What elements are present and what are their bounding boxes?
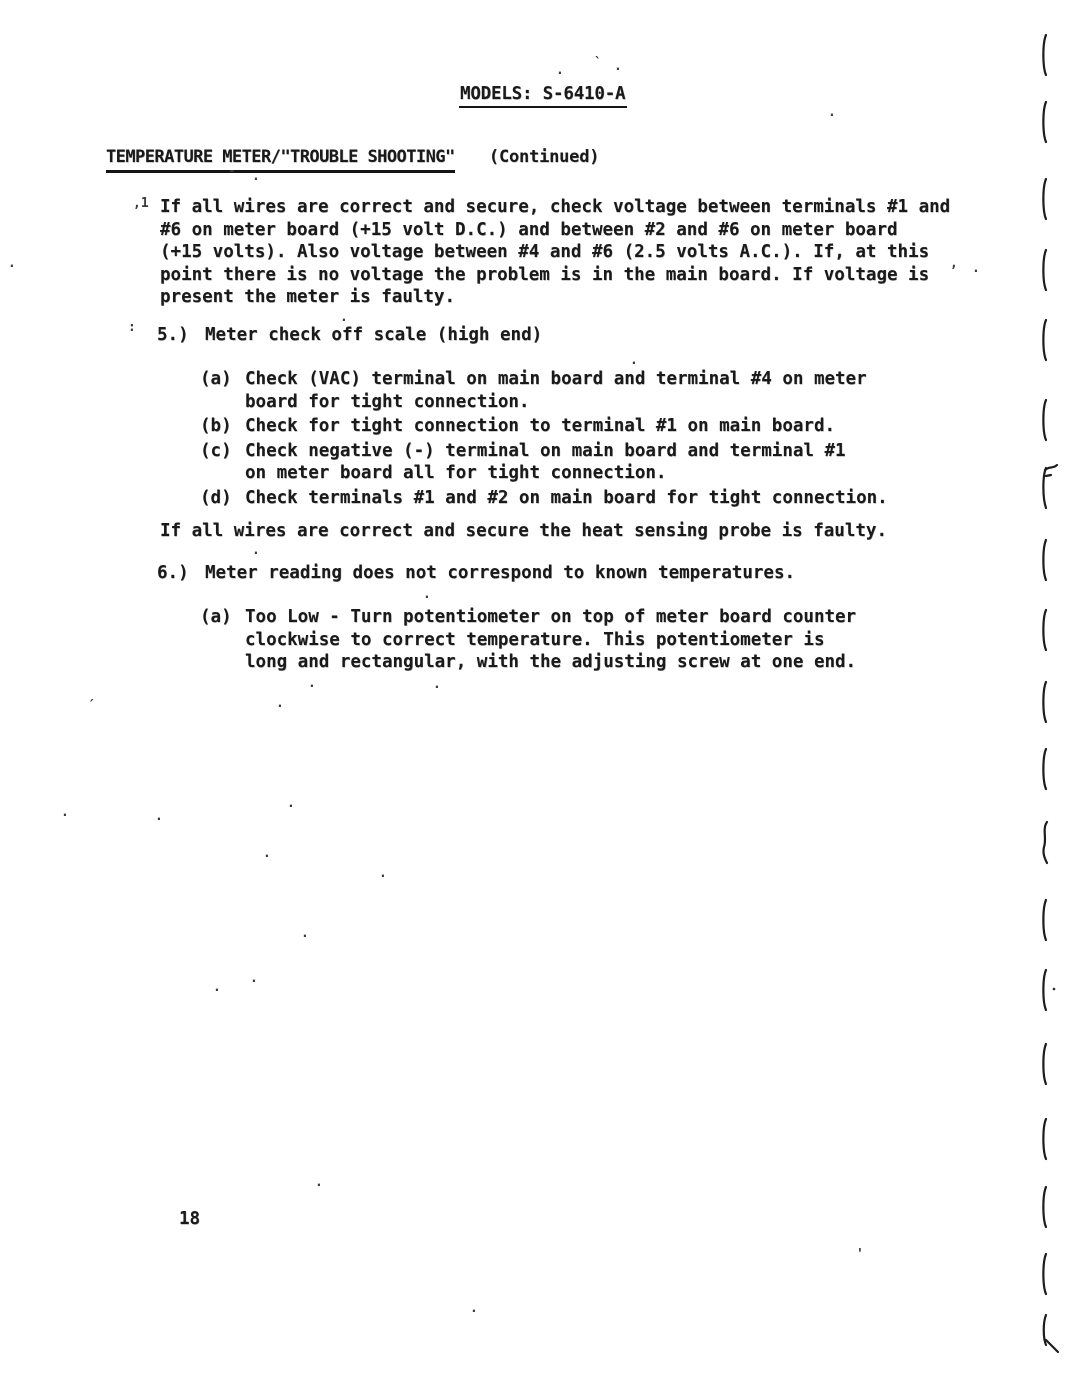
list-item-text: Check (VAC) terminal on main board and t… [245, 368, 888, 413]
noise-speck: . [470, 1304, 478, 1314]
binding-mark [1040, 1252, 1062, 1302]
binding-mark [1040, 680, 1062, 730]
binding-mark [1040, 33, 1062, 83]
noise-speck: : [128, 323, 136, 333]
item-6-sublist: (a) Too Low - Turn potentiometer on top … [200, 606, 856, 676]
list-item-6a: (a) Too Low - Turn potentiometer on top … [200, 606, 856, 674]
noise-speck: . [315, 1178, 323, 1188]
binding-mark [1040, 248, 1062, 298]
list-item-text: Check negative (-) terminal on main boar… [245, 440, 888, 485]
list-item-5d: (d) Check terminals #1 and #2 on main bo… [200, 487, 888, 510]
noise-speck: . [250, 974, 258, 984]
noise-speck: . [8, 259, 16, 269]
list-item-text: Check for tight connection to terminal #… [245, 415, 888, 438]
noise-speck: ' [856, 1250, 864, 1260]
noise-speck: . [287, 799, 295, 809]
noise-speck: ´ [87, 702, 95, 712]
list-item-label: (b) [200, 415, 245, 438]
list-item-label: (a) [200, 368, 245, 413]
binding-mark [1040, 177, 1062, 227]
binding-mark [1040, 462, 1062, 512]
list-item-text: Check terminals #1 and #2 on main board … [245, 487, 888, 510]
model-header: MODELS: S-6410-A [459, 84, 627, 108]
noise-speck: . [340, 313, 348, 323]
section-heading-text: TEMPERATURE METER/"TROUBLE SHOOTING" [106, 147, 455, 173]
item-5: 5.) Meter check off scale (high end) [157, 324, 542, 347]
noise-speck: . [252, 546, 260, 556]
noise-speck: . [614, 62, 622, 72]
noise-speck: . [252, 172, 260, 182]
binding-mark [1040, 1117, 1062, 1167]
binding-mark [1040, 318, 1062, 368]
noise-speck: . [379, 869, 387, 879]
noise-speck: . [61, 808, 69, 818]
noise-speck: . [972, 264, 980, 274]
binding-mark [1040, 747, 1062, 797]
intro-paragraph: If all wires are correct and secure, che… [160, 196, 950, 309]
item-5-number: 5.) [157, 324, 205, 347]
binding-mark [1040, 1185, 1062, 1235]
document-page: MODELS: S-6410-A TEMPERATURE METER/"TROU… [0, 0, 1080, 1398]
binding-mark [1040, 100, 1062, 150]
item-6: 6.) Meter reading does not correspond to… [157, 562, 795, 585]
noise-speck: . [433, 680, 441, 690]
section-heading-continued: (Continued) [489, 147, 599, 167]
noise-speck: . [263, 849, 271, 859]
binding-mark [1040, 1042, 1062, 1092]
section-heading: TEMPERATURE METER/"TROUBLE SHOOTING" (Co… [106, 147, 599, 168]
noise-speck: ` [594, 59, 602, 69]
closing-paragraph-5: If all wires are correct and secure the … [160, 520, 887, 543]
noise-speck: . [556, 66, 564, 76]
list-item-label: (d) [200, 487, 245, 510]
list-item-5b: (b) Check for tight connection to termin… [200, 415, 888, 438]
item-5-heading: Meter check off scale (high end) [205, 324, 542, 347]
list-item-5c: (c) Check negative (-) terminal on main … [200, 440, 888, 485]
noise-speck: . [213, 983, 221, 993]
noise-speck: . [828, 108, 836, 118]
binding-mark [1040, 398, 1062, 448]
list-item-label: (a) [200, 606, 245, 674]
binding-mark [1040, 820, 1062, 870]
list-item-5a: (a) Check (VAC) terminal on main board a… [200, 368, 888, 413]
binding-mark [1040, 608, 1062, 658]
noise-speck: - [228, 167, 236, 177]
page-number: 18 [179, 1209, 200, 1229]
binding-mark [1040, 968, 1062, 1018]
list-item-label: (c) [200, 440, 245, 485]
noise-speck: . [423, 590, 431, 600]
binding-mark [1040, 898, 1062, 948]
binding-mark [1040, 1313, 1062, 1363]
item-6-number: 6.) [157, 562, 205, 585]
item-6-heading: Meter reading does not correspond to kno… [205, 562, 795, 585]
noise-speck: ,1 [133, 199, 149, 209]
noise-speck: . [308, 679, 316, 689]
noise-speck: . [630, 356, 638, 366]
noise-speck: , [950, 259, 958, 269]
item-5-sublist: (a) Check (VAC) terminal on main board a… [200, 368, 888, 511]
noise-speck: . [276, 699, 284, 709]
binding-mark [1040, 538, 1062, 588]
noise-speck: . [301, 929, 309, 939]
noise-speck: . [155, 812, 163, 822]
list-item-text: Too Low - Turn potentiometer on top of m… [245, 606, 856, 674]
